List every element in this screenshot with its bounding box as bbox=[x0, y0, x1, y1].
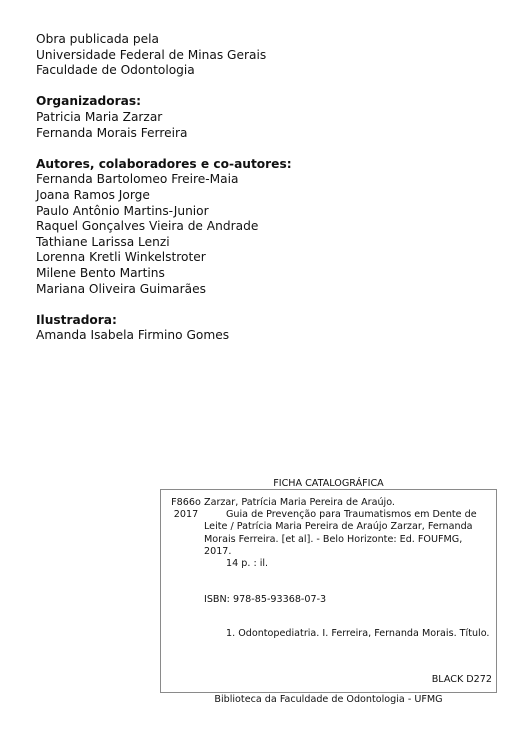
catalog-card: F866o 2017 Zarzar, Patrícia Maria Pereir… bbox=[160, 489, 497, 693]
author-name: Mariana Oliveira Guimarães bbox=[36, 282, 292, 298]
author-name: Paulo Antônio Martins-Junior bbox=[36, 204, 292, 220]
authors-heading: Autores, colaboradores e co-autores: bbox=[36, 157, 292, 173]
organizers-block: Organizadoras: Patricia Maria Zarzar Fer… bbox=[36, 94, 292, 141]
illustrator-heading: Ilustradora: bbox=[36, 313, 292, 329]
authors-block: Autores, colaboradores e co-autores: Fer… bbox=[36, 157, 292, 297]
isbn: ISBN: 978-85-93368-07-3 bbox=[204, 594, 326, 606]
publisher-line: Obra publicada pela bbox=[36, 32, 292, 48]
organizers-heading: Organizadoras: bbox=[36, 94, 292, 110]
illustrator-name: Amanda Isabela Firmino Gomes bbox=[36, 328, 292, 344]
credits: Obra publicada pela Universidade Federal… bbox=[36, 32, 292, 359]
call-number-year: 2017 bbox=[169, 509, 203, 521]
subjects: 1. Odontopediatria. I. Ferreira, Fernand… bbox=[204, 628, 490, 640]
pages: 14 p. : il. bbox=[204, 558, 490, 570]
author-name: Milene Bento Martins bbox=[36, 266, 292, 282]
publisher-line: Faculdade de Odontologia bbox=[36, 63, 292, 79]
publisher-line: Universidade Federal de Minas Gerais bbox=[36, 48, 292, 64]
catalog-entry: Zarzar, Patrícia Maria Pereira de Araújo… bbox=[204, 497, 490, 570]
author-name: Raquel Gonçalves Vieira de Andrade bbox=[36, 219, 292, 235]
publisher-block: Obra publicada pela Universidade Federal… bbox=[36, 32, 292, 79]
author-name: Tathiane Larissa Lenzi bbox=[36, 235, 292, 251]
author-name: Joana Ramos Jorge bbox=[36, 188, 292, 204]
organizer-name: Fernanda Morais Ferreira bbox=[36, 126, 292, 142]
library-name: Biblioteca da Faculdade de Odontologia -… bbox=[160, 694, 497, 706]
author-name: Fernanda Bartolomeo Freire-Maia bbox=[36, 172, 292, 188]
illustrator-block: Ilustradora: Amanda Isabela Firmino Gome… bbox=[36, 313, 292, 344]
call-number-code: F866o bbox=[169, 497, 203, 509]
main-entry: Zarzar, Patrícia Maria Pereira de Araújo… bbox=[204, 497, 490, 509]
shelf-code: BLACK D272 bbox=[432, 674, 492, 686]
author-name: Lorenna Kretli Winkelstroter bbox=[36, 250, 292, 266]
title-statement: Guia de Prevenção para Traumatismos em D… bbox=[204, 509, 490, 558]
call-number: F866o 2017 bbox=[169, 497, 203, 521]
organizer-name: Patricia Maria Zarzar bbox=[36, 110, 292, 126]
